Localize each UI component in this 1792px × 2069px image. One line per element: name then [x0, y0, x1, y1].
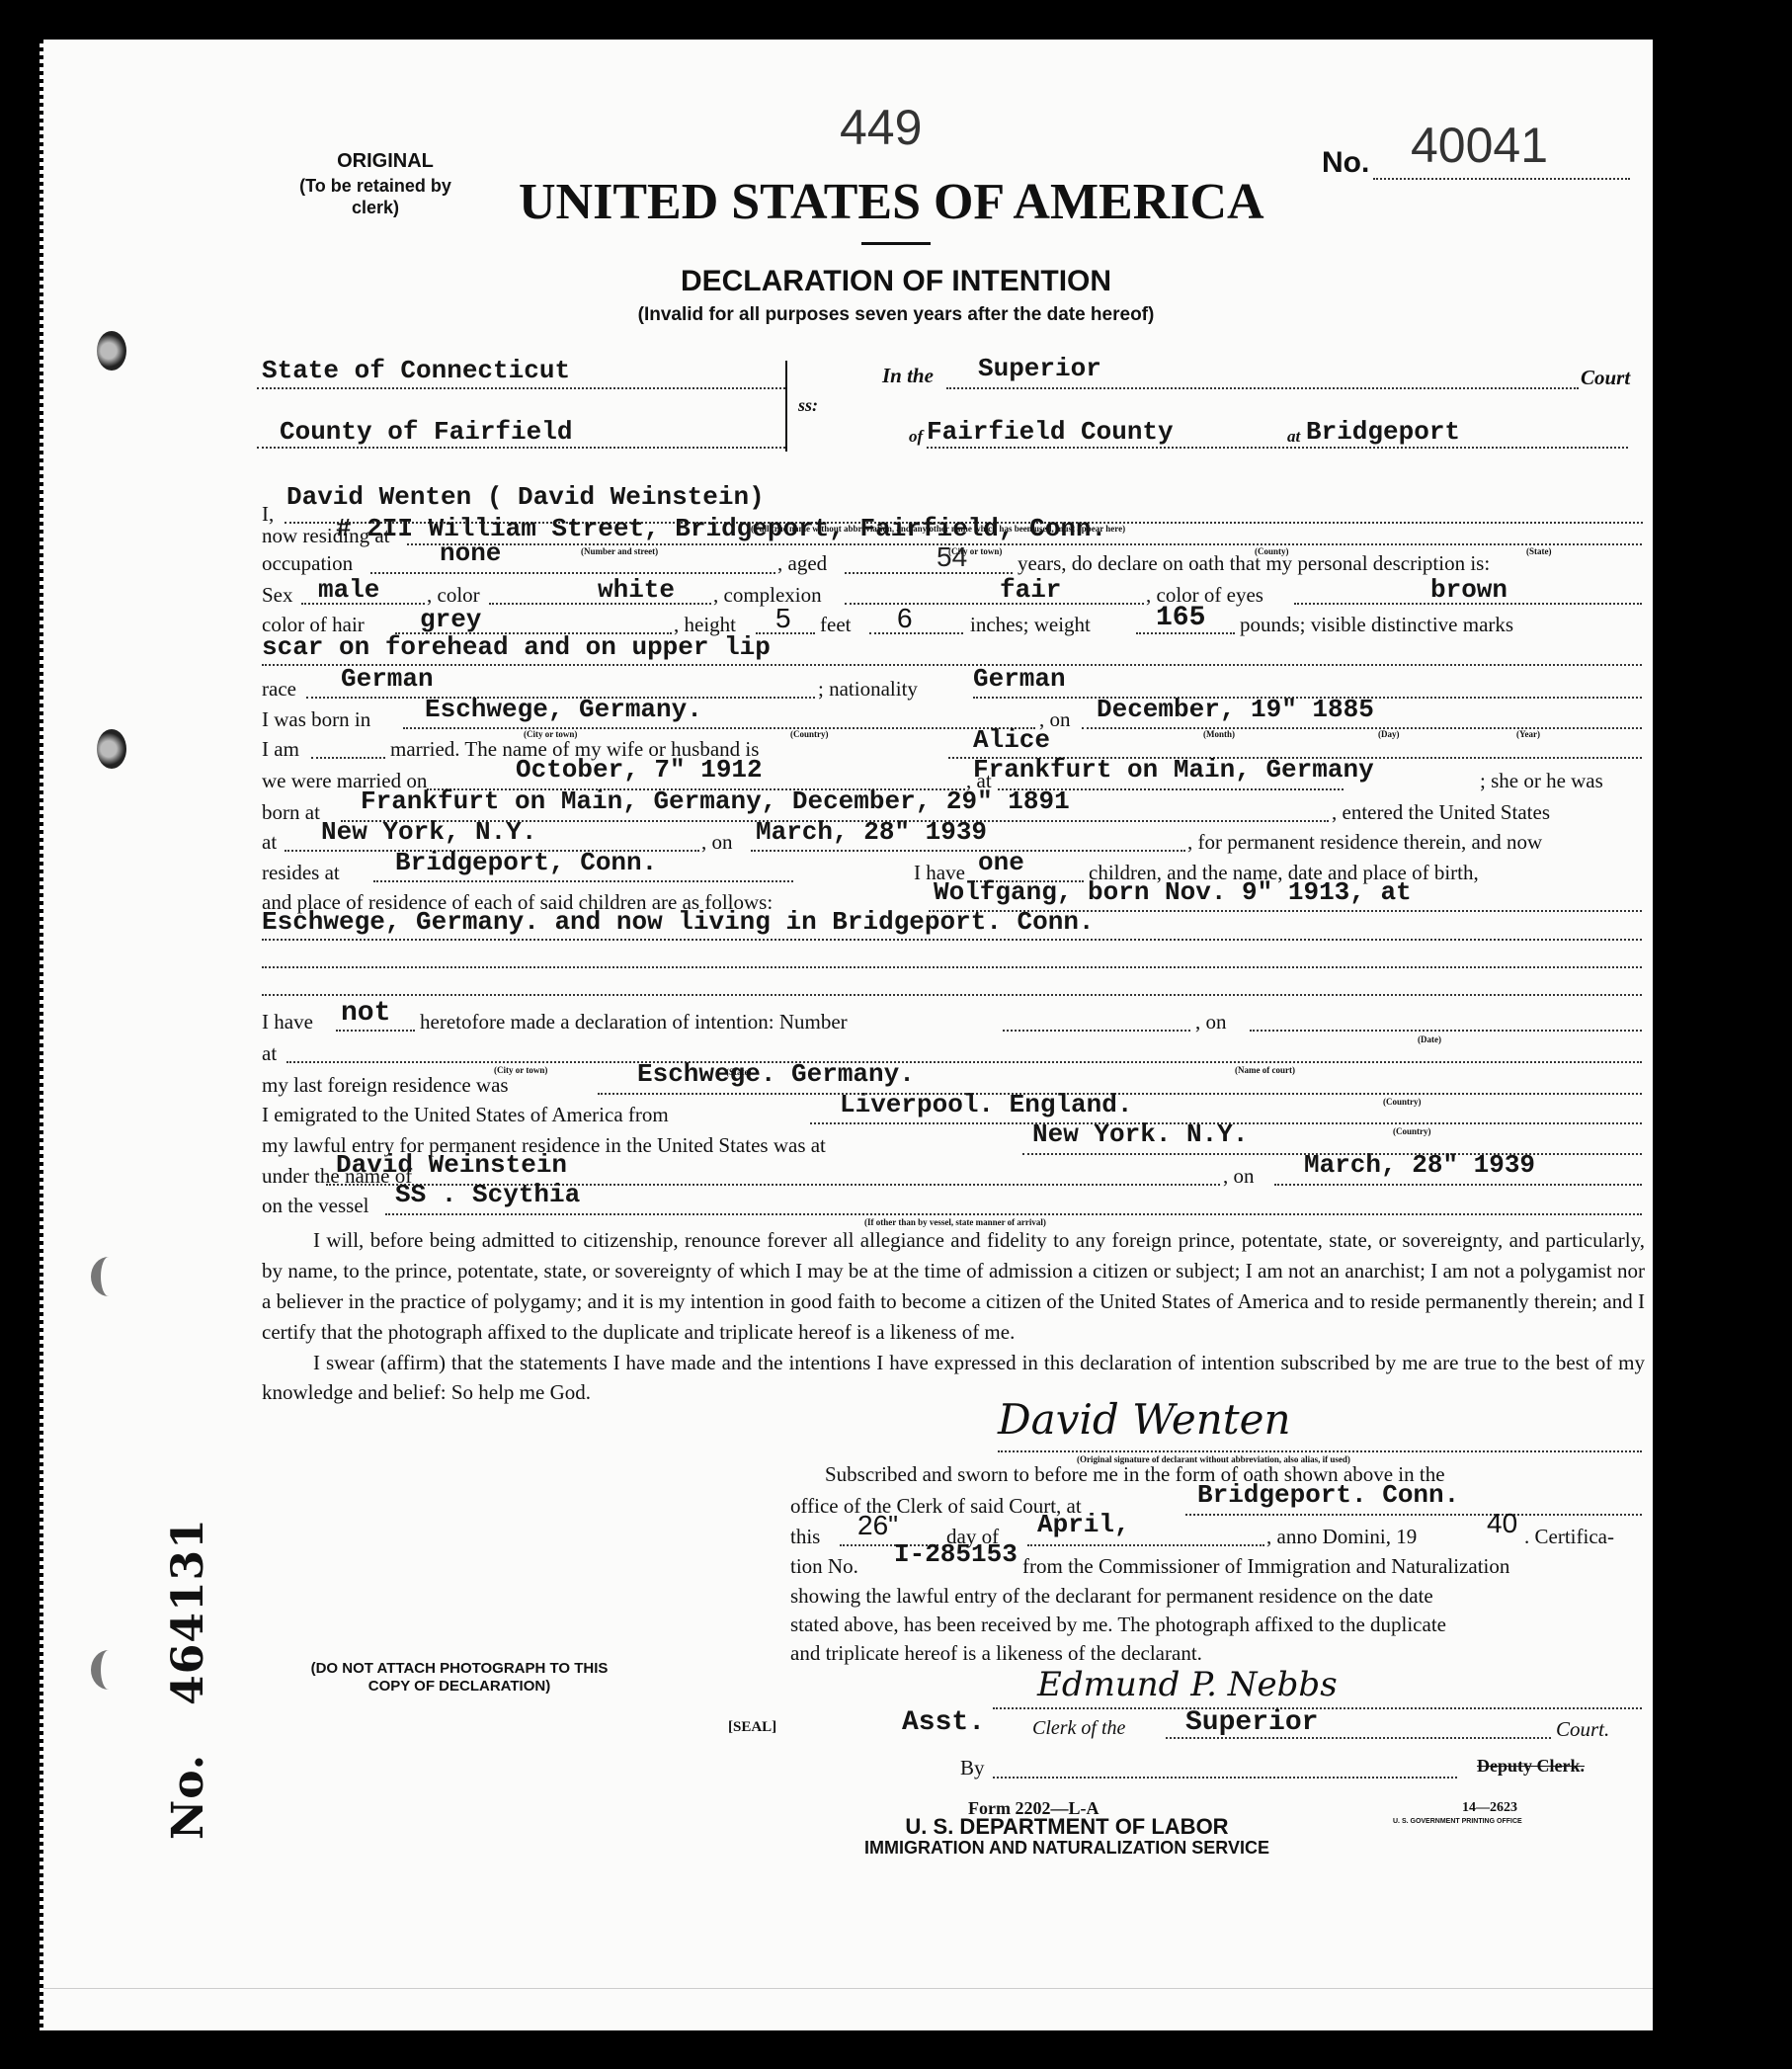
she-born-label: ; she or he was	[1480, 769, 1603, 793]
clerk-of-label: Clerk of the	[1032, 1717, 1125, 1740]
deputy-label: Deputy Clerk.	[1477, 1756, 1585, 1777]
court-city-value: Bridgeport	[1306, 417, 1460, 447]
nationality-value: German	[973, 664, 1066, 694]
in-the-label: In the	[882, 364, 934, 388]
prior-date-line	[1250, 1030, 1642, 1032]
married-date-value: October, 7" 1912	[516, 755, 763, 785]
last-res-country-caption: (Country)	[1383, 1097, 1422, 1107]
complexion-line	[845, 603, 1144, 605]
children-count-value: one	[978, 848, 1024, 877]
entered-label: , entered the United States	[1332, 800, 1550, 825]
inches-label: inches; weight	[970, 613, 1091, 637]
emigrated-from-value: Liverpool. England.	[840, 1090, 1132, 1119]
complexion-value: fair	[1000, 575, 1061, 605]
gpo-label: U. S. GOVERNMENT PRINTING OFFICE	[1393, 1818, 1522, 1825]
spouse-birth-value: Frankfurt on Main, Germany, December, 29…	[361, 786, 1070, 816]
prior-number-line	[1003, 1030, 1190, 1032]
ss-label: ss:	[798, 395, 818, 416]
entry-place-value: New York. N.Y.	[1032, 1119, 1248, 1149]
court-line	[946, 387, 1579, 389]
i-am-line	[311, 757, 385, 759]
county-line	[257, 447, 785, 449]
residence-caption-state: (State)	[1526, 546, 1552, 556]
photo-note-1: (DO NOT ATTACH PHOTOGRAPH TO THIS	[262, 1660, 657, 1677]
print-code: 14—2623	[1462, 1800, 1517, 1816]
spouse-residence-value: Bridgeport, Conn.	[395, 848, 657, 877]
spouse-entry-date-value: March, 28" 1939	[756, 817, 987, 847]
side-serial: No. 464131	[163, 1518, 213, 1840]
occupation-line	[370, 572, 775, 574]
feet-label: feet	[820, 613, 851, 637]
entry-date-line	[1274, 1184, 1642, 1186]
hair-value: grey	[420, 605, 481, 634]
last-residence-label: my last foreign residence was	[262, 1073, 509, 1098]
color-value: white	[598, 575, 675, 605]
spouse-entry-place-value: New York, N.Y.	[321, 817, 536, 847]
marks-line	[262, 664, 1642, 666]
number-line	[1373, 178, 1630, 180]
side-number-value: 464131	[163, 1518, 213, 1705]
jurat-place-line	[1185, 1514, 1642, 1516]
state-line	[257, 387, 785, 389]
heretofore-label: heretofore made a declaration of intenti…	[420, 1010, 848, 1034]
entry-country-caption: (Country)	[1393, 1126, 1431, 1136]
prior-i-have-label: I have	[262, 1010, 313, 1034]
signature-line	[998, 1450, 1642, 1452]
last-res-state-caption: (State)	[726, 1067, 752, 1077]
cert-label: . Certifica-	[1524, 1525, 1614, 1549]
clerk-court-value: Superior	[1185, 1707, 1318, 1738]
department: U. S. DEPARTMENT OF LABOR	[810, 1814, 1324, 1840]
jurat-show-line: showing the lawful entry of the declaran…	[790, 1584, 1433, 1609]
at-label: at	[262, 830, 277, 855]
children-line2	[262, 939, 1642, 941]
country-title: UNITED STATES OF AMERICA	[519, 173, 1264, 231]
jurat-year-value: 40	[1487, 1508, 1517, 1539]
side-number-label: No.	[163, 1754, 213, 1840]
permanent-label: , for permanent residence therein, and n…	[1187, 830, 1542, 855]
jurat-stated-line: stated above, has been received by me. T…	[790, 1613, 1446, 1637]
service: IMMIGRATION AND NATURALIZATION SERVICE	[790, 1838, 1344, 1859]
this-label: this	[790, 1525, 820, 1549]
spouse-entry-date-line	[751, 850, 1185, 852]
children-line4	[262, 994, 1642, 996]
height-feet-value: 5	[775, 603, 791, 634]
under-name-value: David Weinstein	[336, 1150, 567, 1180]
jurat-place-value: Bridgeport. Conn.	[1197, 1480, 1459, 1510]
court-label: Court	[1581, 366, 1630, 390]
from-label: from the Commissioner of Immigration and…	[1022, 1554, 1509, 1579]
color-line	[489, 603, 711, 605]
pounds-label: pounds; visible distinctive marks	[1240, 613, 1513, 637]
seal-label: [SEAL]	[728, 1719, 776, 1736]
perforated-edge	[40, 40, 43, 2030]
aged-suffix: years, do declare on oath that my person…	[1018, 551, 1490, 576]
hole-punch-icon	[91, 1257, 126, 1296]
clerk-court-line	[1166, 1737, 1551, 1739]
sex-value: male	[318, 575, 379, 605]
court-value: Superior	[978, 354, 1101, 383]
tion-label: tion No.	[790, 1554, 858, 1579]
original-label: ORIGINAL	[306, 150, 464, 173]
not-line	[336, 1030, 415, 1032]
fold-line	[43, 1988, 1653, 1989]
resides-label: resides at	[262, 861, 340, 885]
prior-court-caption: (Name of court)	[1235, 1065, 1295, 1075]
children-line3	[262, 966, 1642, 968]
court-county-value: Fairfield County	[927, 417, 1174, 447]
at-label: at	[1287, 427, 1300, 447]
residence-caption-street: (Number and street)	[581, 546, 658, 556]
aged-label: , aged	[777, 551, 827, 576]
original-note-2: clerk)	[267, 198, 484, 218]
county-value: County of Fairfield	[280, 417, 572, 447]
prior-court-line	[286, 1061, 1642, 1063]
weight-line	[1136, 632, 1235, 634]
asst-value: Asst.	[902, 1707, 985, 1738]
date-caption: (Date)	[1418, 1034, 1441, 1044]
birthplace-value: Eschwege, Germany.	[425, 695, 702, 724]
entry-on-label: , on	[1223, 1164, 1255, 1189]
height-inches-value: 6	[897, 603, 913, 634]
caption-country: (Country)	[790, 729, 829, 739]
weight-value: 165	[1156, 603, 1205, 633]
occupation-value: none	[440, 538, 501, 568]
inches-line	[869, 632, 963, 634]
document-page	[40, 40, 1653, 2030]
spouse-residence-line	[373, 880, 793, 882]
not-value: not	[341, 998, 390, 1029]
children-line1-value: Wolfgang, born Nov. 9" 1913, at	[934, 877, 1412, 907]
swear-paragraph: I swear (affirm) that the statements I h…	[262, 1348, 1645, 1407]
of-label: of	[909, 427, 923, 447]
nationality-label: ; nationality	[818, 677, 918, 702]
spouse-value: Alice	[973, 725, 1050, 755]
jurat-trip-line: and triplicate hereof is a likeness of t…	[790, 1641, 1202, 1666]
vessel-line	[385, 1213, 1642, 1215]
caption-year: (Year)	[1516, 729, 1540, 739]
sex-label: Sex	[262, 583, 293, 608]
jurat-month-value: April,	[1037, 1510, 1130, 1539]
eyes-line	[1294, 603, 1642, 605]
hole-punch-icon	[91, 1650, 126, 1690]
state-value: State of Connecticut	[262, 356, 570, 385]
age-line	[845, 572, 1013, 574]
children-line2-value: Eschwege, Germany. and now living in Bri…	[262, 907, 1095, 937]
number-label: No.	[1322, 146, 1369, 180]
age-value: 54	[937, 541, 967, 573]
clerk-court-label: Court.	[1556, 1717, 1609, 1742]
by-label: By	[960, 1756, 985, 1780]
entry-date-value: March, 28" 1939	[1304, 1150, 1535, 1180]
marks-value: scar on forehead and on upper lip	[262, 632, 771, 662]
vessel-value: SS . Scythia	[395, 1180, 580, 1209]
doc-subtitle: (Invalid for all purposes seven years af…	[432, 304, 1360, 326]
hole-punch-icon	[97, 331, 126, 371]
cert-number-value: I-285153	[894, 1539, 1018, 1569]
hole-punch-icon	[97, 729, 126, 769]
doc-title: DECLARATION OF INTENTION	[432, 265, 1360, 298]
declarant-signature: David Wenten	[998, 1395, 1291, 1444]
last-residence-value: Eschwege. Germany.	[637, 1059, 915, 1089]
photo-note-2: COPY OF DECLARATION)	[262, 1678, 657, 1695]
full-name-value: David Wenten ( David Weinstein)	[286, 482, 765, 512]
clerk-signature: Edmund P. Nebbs	[1037, 1665, 1338, 1704]
by-line	[993, 1777, 1457, 1779]
court-county-line	[927, 447, 1628, 449]
brace	[785, 361, 787, 452]
jurat-month-line	[1027, 1544, 1264, 1546]
stamp-number: 449	[840, 99, 922, 156]
birthdate-value: December, 19" 1885	[1097, 695, 1374, 724]
complexion-label: , complexion	[713, 583, 822, 608]
married-place-value: Frankfurt on Main, Germany	[973, 755, 1374, 785]
declaration-number: 40041	[1411, 117, 1548, 174]
caption-month: (Month)	[1203, 729, 1235, 739]
residence-line	[407, 543, 1642, 545]
birthdate-line	[1082, 727, 1642, 729]
on-label: , on	[701, 830, 733, 855]
jurat-day-value: 26"	[857, 1510, 898, 1541]
race-label: race	[262, 677, 296, 702]
original-note-1: (To be retained by	[267, 176, 484, 197]
sex-line	[301, 603, 425, 605]
emigrated-label: I emigrated to the United States of Amer…	[262, 1103, 669, 1127]
anno-label: , anno Domini, 19	[1266, 1525, 1417, 1549]
prior-at-label: at	[262, 1041, 277, 1066]
oath-paragraph: I will, before being admitted to citizen…	[262, 1225, 1645, 1348]
race-value: German	[341, 664, 434, 694]
eyes-value: brown	[1430, 575, 1507, 605]
prior-on-label: , on	[1195, 1010, 1227, 1034]
birthplace-line	[403, 727, 1035, 729]
title-rule	[432, 242, 1360, 245]
occupation-label: occupation	[262, 551, 353, 576]
vessel-label: on the vessel	[262, 1194, 368, 1218]
born-at-label: born at	[262, 800, 320, 825]
caption-day: (Day)	[1378, 729, 1400, 739]
i-am-label: I am	[262, 737, 299, 762]
born-label: I was born in	[262, 707, 370, 732]
